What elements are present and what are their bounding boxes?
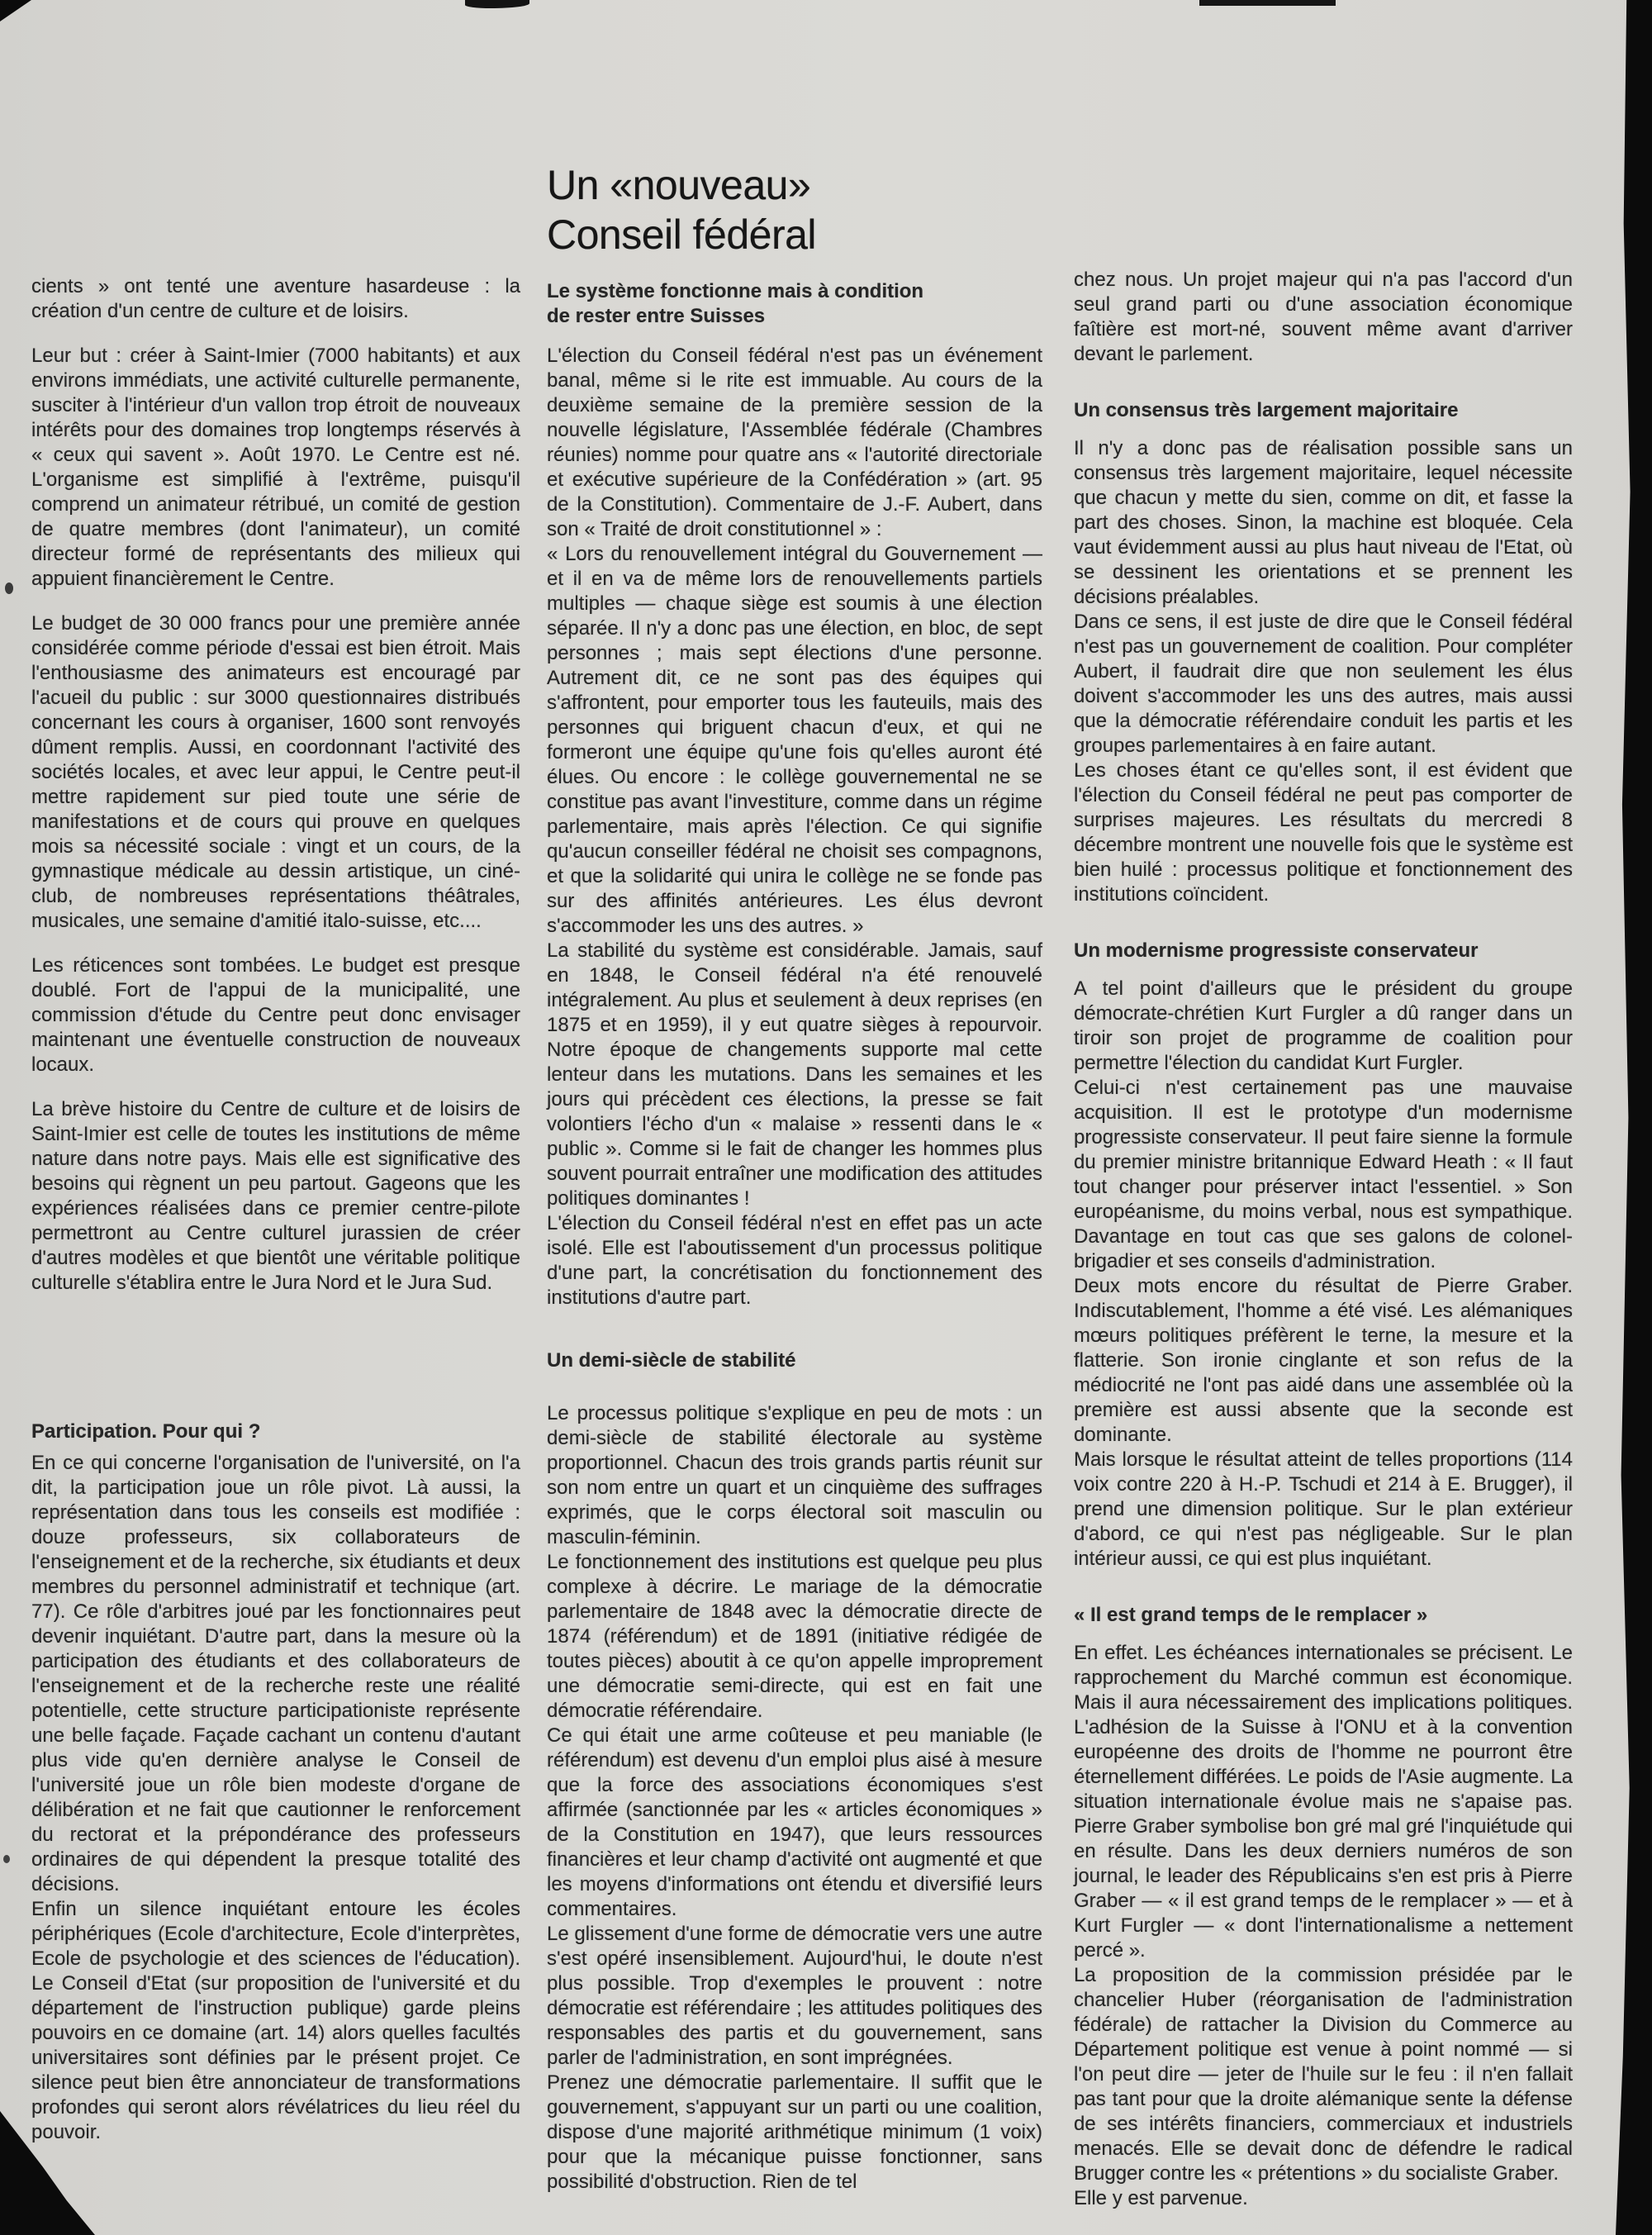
paragraph: Le fonctionnement des institutions est q… xyxy=(547,1550,1042,1724)
paragraph: Le processus politique s'explique en peu… xyxy=(547,1401,1042,1550)
paragraph: Leur but : créer à Saint-Imier (7000 hab… xyxy=(31,344,520,592)
paragraph: En ce qui concerne l'organisation de l'u… xyxy=(31,1451,520,1897)
scan-speck-artifact xyxy=(5,583,13,594)
article-title: Un «nouveau» Conseil fédéral xyxy=(547,160,1042,259)
paragraph: Elle y est parvenue. xyxy=(1074,2186,1573,2211)
paragraph: L'élection du Conseil fédéral n'est pas … xyxy=(547,344,1042,542)
section-heading: Un consensus très largement majoritaire xyxy=(1074,398,1573,423)
section-heading: « Il est grand temps de le remplacer » xyxy=(1074,1603,1573,1628)
paragraph: Ce qui était une arme coûteuse et peu ma… xyxy=(547,1724,1042,1922)
paragraph: Les choses étant ce qu'elles sont, il es… xyxy=(1074,758,1573,907)
column-middle-body: Le système fonctionne mais à condition d… xyxy=(547,279,1042,2195)
paragraph: Mais lorsque le résultat atteint de tell… xyxy=(1074,1448,1573,1572)
paragraph: Celui-ci n'est certainement pas une mauv… xyxy=(1074,1076,1573,1274)
column-left: cients » ont tenté une aventure hasardeu… xyxy=(31,274,520,2145)
scan-edge-right-artifact xyxy=(1616,0,1652,2235)
section-heading: Un demi-siècle de stabilité xyxy=(547,1348,1042,1373)
scan-speck-artifact xyxy=(3,1855,10,1863)
paragraph: Le budget de 30 000 francs pour une prem… xyxy=(31,611,520,934)
section-heading: Le système fonctionne mais à condition d… xyxy=(547,279,1042,329)
paragraph: Le glissement d'une forme de démocratie … xyxy=(547,1922,1042,2071)
paragraph: A tel point d'ailleurs que le président … xyxy=(1074,977,1573,1076)
scan-corner-top-left-artifact xyxy=(0,0,31,21)
paragraph: « Lors du renouvellement intégral du Gou… xyxy=(547,542,1042,939)
section-heading: Un modernisme progressiste conservateur xyxy=(1074,939,1573,963)
column-middle: Un «nouveau» Conseil fédéral Le système … xyxy=(547,160,1042,2195)
paragraph: Prenez une démocratie parlementaire. Il … xyxy=(547,2071,1042,2195)
paragraph: chez nous. Un projet majeur qui n'a pas … xyxy=(1074,268,1573,367)
paragraph: En effet. Les échéances internationales … xyxy=(1074,1641,1573,1963)
paragraph: cients » ont tenté une aventure hasardeu… xyxy=(31,274,520,324)
scan-mark-top-artifact xyxy=(465,0,529,8)
paragraph: Les réticences sont tombées. Le budget e… xyxy=(31,953,520,1077)
paragraph: Enfin un silence inquiétant entoure les … xyxy=(31,1897,520,2145)
newspaper-page: cients » ont tenté une aventure hasardeu… xyxy=(0,0,1652,2235)
paragraph: Deux mots encore du résultat de Pierre G… xyxy=(1074,1274,1573,1448)
paragraph: L'élection du Conseil fédéral n'est en e… xyxy=(547,1211,1042,1310)
paragraph: La proposition de la commission présidée… xyxy=(1074,1963,1573,2186)
scan-line-top-artifact xyxy=(1199,0,1336,6)
column-right: chez nous. Un projet majeur qui n'a pas … xyxy=(1074,268,1573,2211)
paragraph: Dans ce sens, il est juste de dire que l… xyxy=(1074,610,1573,758)
paragraph: Il n'y a donc pas de réalisation possibl… xyxy=(1074,436,1573,610)
paragraph: La stabilité du système est considérable… xyxy=(547,939,1042,1211)
paragraph: La brève histoire du Centre de culture e… xyxy=(31,1097,520,1296)
section-heading: Participation. Pour qui ? xyxy=(31,1419,520,1444)
